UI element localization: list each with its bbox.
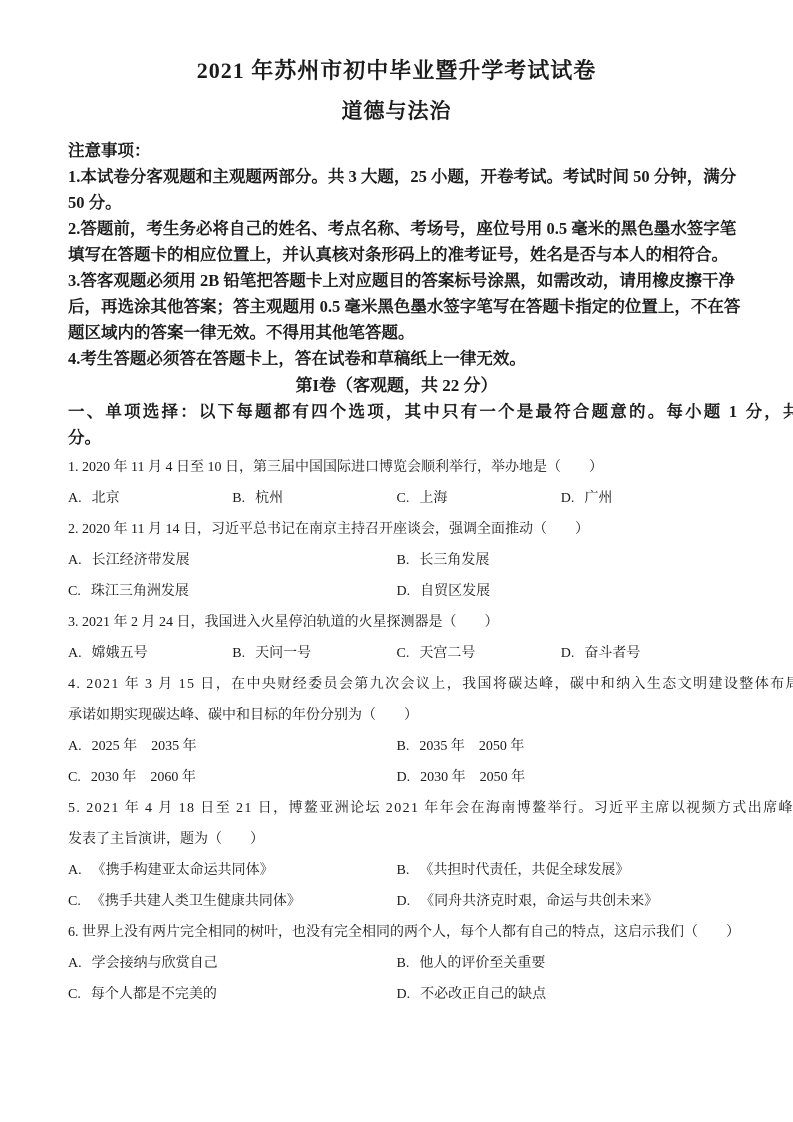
- option-label-a: A.: [68, 553, 82, 568]
- question-3-option-b: B.天问一号: [232, 638, 396, 669]
- question-5: 5. 2021 年 4 月 18 日至 21 日，博鳌亚洲论坛 2021 年年会…: [68, 793, 725, 917]
- notice-line-1: 1.本试卷分客观题和主观题两部分。共 3 大题，25 小题，开卷考试。考试时间 …: [68, 164, 725, 190]
- notice-line-5: 3.答客观题必须用 2B 铅笔把答题卡上对应题目的答案标号涂黑，如需改动，请用橡…: [68, 268, 725, 294]
- option-text-b: 杭州: [255, 491, 283, 506]
- section-1-heading: 第I卷（客观题，共 22 分）: [68, 372, 725, 399]
- option-text-b: 长三角发展: [419, 553, 489, 568]
- option-text-d: 2030 年 2050 年: [420, 770, 525, 785]
- notice-heading: 注意事项：: [68, 138, 725, 164]
- option-label-b: B.: [397, 739, 410, 754]
- question-4-option-d: D.2030 年 2050 年: [397, 762, 726, 793]
- option-label-b: B.: [397, 863, 410, 878]
- question-1-option-c: C.上海: [397, 483, 561, 514]
- option-text-d: 广州: [584, 491, 612, 506]
- question-5-options-row-2: C.《携手共建人类卫生健康共同体》 D.《同舟共济克时艰，命运与共创未来》: [68, 886, 725, 917]
- part-intro-line-2: 分。: [68, 425, 725, 451]
- option-label-c: C.: [68, 894, 81, 909]
- question-4-stem-line-2: 承诺如期实现碳达峰、碳中和目标的年份分别为（ ）: [68, 700, 725, 731]
- question-3-option-c: C.天宫二号: [397, 638, 561, 669]
- question-3: 3. 2021 年 2 月 24 日，我国进入火星停泊轨道的火星探测器是（ ） …: [68, 607, 725, 669]
- option-label-a: A.: [68, 646, 82, 661]
- option-text-c: 珠江三角洲发展: [91, 584, 189, 599]
- question-6-option-d: D.不必改正自己的缺点: [397, 979, 726, 1010]
- option-text-b: 他人的评价至关重要: [419, 956, 545, 971]
- question-2-option-b: B.长三角发展: [397, 545, 726, 576]
- question-6-option-c: C.每个人都是不完美的: [68, 979, 397, 1010]
- question-4-stem-line-1: 4. 2021 年 3 月 15 日，在中央财经委员会第九次会议上，我国将碳达峰…: [68, 669, 725, 700]
- exam-page: 2021 年苏州市初中毕业暨升学考试试卷 道德与法治 注意事项： 1.本试卷分客…: [0, 0, 793, 1122]
- option-text-a: 学会接纳与欣赏自己: [92, 956, 218, 971]
- question-2-options-row-1: A.长江经济带发展 B.长三角发展: [68, 545, 725, 576]
- option-label-d: D.: [397, 894, 411, 909]
- question-6: 6. 世界上没有两片完全相同的树叶，也没有完全相同的两个人，每个人都有自己的特点…: [68, 917, 725, 1010]
- question-5-options-row-1: A.《携手构建亚太命运共同体》 B.《共担时代责任，共促全球发展》: [68, 855, 725, 886]
- question-2-option-a: A.长江经济带发展: [68, 545, 397, 576]
- option-label-d: D.: [397, 987, 411, 1002]
- option-label-a: A.: [68, 739, 82, 754]
- option-text-b: 2035 年 2050 年: [419, 739, 524, 754]
- question-5-option-c: C.《携手共建人类卫生健康共同体》: [68, 886, 397, 917]
- notice-line-7: 题区域内的答案一律无效。不得用其他笔答题。: [68, 320, 725, 346]
- question-4: 4. 2021 年 3 月 15 日，在中央财经委员会第九次会议上，我国将碳达峰…: [68, 669, 725, 793]
- notice-line-2: 50 分。: [68, 190, 725, 216]
- option-label-b: B.: [232, 646, 245, 661]
- question-5-stem-line-1: 5. 2021 年 4 月 18 日至 21 日，博鳌亚洲论坛 2021 年年会…: [68, 793, 725, 824]
- option-text-d: 自贸区发展: [420, 584, 490, 599]
- exam-title: 2021 年苏州市初中毕业暨升学考试试卷: [68, 56, 725, 86]
- question-6-options-row-1: A.学会接纳与欣赏自己 B.他人的评价至关重要: [68, 948, 725, 979]
- question-list: 1. 2020 年 11 月 4 日至 10 日，第三届中国国际进口博览会顺利举…: [68, 452, 725, 1010]
- question-2-option-c: C.珠江三角洲发展: [68, 576, 397, 607]
- option-label-d: D.: [397, 770, 411, 785]
- option-text-c: 《携手共建人类卫生健康共同体》: [91, 894, 301, 909]
- question-1-option-b: B.杭州: [232, 483, 396, 514]
- question-1-stem: 1. 2020 年 11 月 4 日至 10 日，第三届中国国际进口博览会顺利举…: [68, 452, 725, 483]
- option-label-a: A.: [68, 863, 82, 878]
- question-2: 2. 2020 年 11 月 14 日，习近平总书记在南京主持召开座谈会，强调全…: [68, 514, 725, 607]
- option-label-d: D.: [561, 491, 575, 506]
- question-6-options-row-2: C.每个人都是不完美的 D.不必改正自己的缺点: [68, 979, 725, 1010]
- option-text-b: 《共担时代责任，共促全球发展》: [419, 863, 629, 878]
- question-1-option-d: D.广州: [561, 483, 725, 514]
- notice-section: 注意事项： 1.本试卷分客观题和主观题两部分。共 3 大题，25 小题，开卷考试…: [68, 138, 725, 372]
- option-label-b: B.: [397, 956, 410, 971]
- option-text-c: 每个人都是不完美的: [91, 987, 217, 1002]
- option-label-a: A.: [68, 956, 82, 971]
- option-label-b: B.: [397, 553, 410, 568]
- question-5-option-d: D.《同舟共济克时艰，命运与共创未来》: [397, 886, 726, 917]
- option-text-d: 奋斗者号: [584, 646, 640, 661]
- option-text-c: 上海: [419, 491, 447, 506]
- question-2-options-row-2: C.珠江三角洲发展 D.自贸区发展: [68, 576, 725, 607]
- question-5-option-b: B.《共担时代责任，共促全球发展》: [397, 855, 726, 886]
- option-label-b: B.: [232, 491, 245, 506]
- option-label-c: C.: [68, 584, 81, 599]
- option-label-c: C.: [68, 987, 81, 1002]
- option-text-a: 北京: [92, 491, 120, 506]
- question-4-option-c: C.2030 年 2060 年: [68, 762, 397, 793]
- question-2-stem: 2. 2020 年 11 月 14 日，习近平总书记在南京主持召开座谈会，强调全…: [68, 514, 725, 545]
- question-5-option-a: A.《携手构建亚太命运共同体》: [68, 855, 397, 886]
- part-intro-line-1: 一、单项选择：以下每题都有四个选项，其中只有一个是最符合题意的。每小题 1 分，…: [68, 399, 725, 425]
- question-6-stem: 6. 世界上没有两片完全相同的树叶，也没有完全相同的两个人，每个人都有自己的特点…: [68, 917, 725, 948]
- option-text-d: 《同舟共济克时艰，命运与共创未来》: [420, 894, 658, 909]
- notice-line-8: 4.考生答题必须答在答题卡上，答在试卷和草稿纸上一律无效。: [68, 346, 725, 372]
- option-text-c: 天宫二号: [419, 646, 475, 661]
- part-1-intro: 一、单项选择：以下每题都有四个选项，其中只有一个是最符合题意的。每小题 1 分，…: [68, 399, 725, 451]
- question-4-options-row-2: C.2030 年 2060 年 D.2030 年 2050 年: [68, 762, 725, 793]
- option-label-d: D.: [561, 646, 575, 661]
- question-3-option-a: A.嫦娥五号: [68, 638, 232, 669]
- option-text-b: 天问一号: [255, 646, 311, 661]
- question-6-option-b: B.他人的评价至关重要: [397, 948, 726, 979]
- question-6-option-a: A.学会接纳与欣赏自己: [68, 948, 397, 979]
- notice-line-6: 后，再选涂其他答案；答主观题用 0.5 毫米黑色墨水签字笔写在答题卡指定的位置上…: [68, 294, 725, 320]
- option-text-a: 嫦娥五号: [92, 646, 148, 661]
- option-text-a: 长江经济带发展: [92, 553, 190, 568]
- option-label-c: C.: [397, 646, 410, 661]
- option-label-c: C.: [397, 491, 410, 506]
- option-label-c: C.: [68, 770, 81, 785]
- question-3-options: A.嫦娥五号 B.天问一号 C.天宫二号 D.奋斗者号: [68, 638, 725, 669]
- option-text-d: 不必改正自己的缺点: [420, 987, 546, 1002]
- option-text-c: 2030 年 2060 年: [91, 770, 196, 785]
- question-3-option-d: D.奋斗者号: [561, 638, 725, 669]
- option-label-d: D.: [397, 584, 411, 599]
- option-text-a: 《携手构建亚太命运共同体》: [92, 863, 274, 878]
- question-5-stem-line-2: 发表了主旨演讲，题为（ ）: [68, 824, 725, 855]
- question-1: 1. 2020 年 11 月 4 日至 10 日，第三届中国国际进口博览会顺利举…: [68, 452, 725, 514]
- option-text-a: 2025 年 2035 年: [92, 739, 197, 754]
- question-3-stem: 3. 2021 年 2 月 24 日，我国进入火星停泊轨道的火星探测器是（ ）: [68, 607, 725, 638]
- option-label-a: A.: [68, 491, 82, 506]
- question-4-option-a: A.2025 年 2035 年: [68, 731, 397, 762]
- question-1-option-a: A.北京: [68, 483, 232, 514]
- notice-line-4: 填写在答题卡的相应位置上，并认真核对条形码上的准考证号，姓名是否与本人的相符合。: [68, 242, 725, 268]
- question-4-options-row-1: A.2025 年 2035 年 B.2035 年 2050 年: [68, 731, 725, 762]
- exam-subject: 道德与法治: [68, 96, 725, 126]
- question-2-option-d: D.自贸区发展: [397, 576, 726, 607]
- question-1-options: A.北京 B.杭州 C.上海 D.广州: [68, 483, 725, 514]
- notice-line-3: 2.答题前，考生务必将自己的姓名、考点名称、考场号，座位号用 0.5 毫米的黑色…: [68, 216, 725, 242]
- question-4-option-b: B.2035 年 2050 年: [397, 731, 726, 762]
